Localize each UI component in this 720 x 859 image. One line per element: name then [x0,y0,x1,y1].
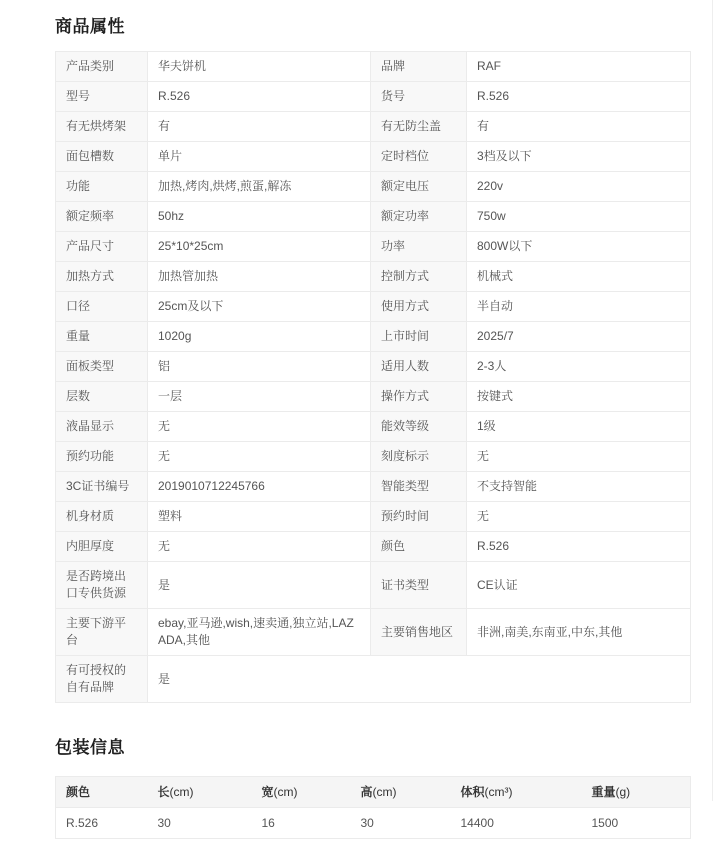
packaging-column-unit: (cm) [170,785,194,799]
attribute-value: 800W以下 [467,232,691,262]
attribute-value: 无 [148,442,371,472]
attribute-label: 功率 [371,232,467,262]
packaging-cell: 16 [252,808,351,839]
packaging-table: 颜色长(cm)宽(cm)高(cm)体积(cm³)重量(g) R.52630163… [55,776,691,839]
packaging-cell: 30 [351,808,451,839]
attribute-value: 加热管加热 [148,262,371,292]
attribute-row: 型号R.526货号R.526 [56,82,691,112]
packaging-column-unit: (cm) [274,785,298,799]
attribute-label: 3C证书编号 [56,472,148,502]
attribute-label: 功能 [56,172,148,202]
attribute-row: 内胆厚度无颜色R.526 [56,532,691,562]
attribute-label: 有无防尘盖 [371,112,467,142]
packaging-column-unit: (cm) [373,785,397,799]
attribute-row: 层数一层操作方式按键式 [56,382,691,412]
attribute-label: 产品尺寸 [56,232,148,262]
attribute-value: 有 [148,112,371,142]
packaging-column-unit: (g) [616,785,631,799]
attribute-value: CE认证 [467,562,691,609]
attribute-label: 内胆厚度 [56,532,148,562]
attribute-label: 控制方式 [371,262,467,292]
attribute-label: 机身材质 [56,502,148,532]
attribute-label: 品牌 [371,52,467,82]
attribute-label: 使用方式 [371,292,467,322]
attribute-row: 口径25cm及以下使用方式半自动 [56,292,691,322]
attribute-value: 25cm及以下 [148,292,371,322]
attribute-label: 主要下游平台 [56,609,148,656]
attribute-label: 智能类型 [371,472,467,502]
attribute-value: RAF [467,52,691,82]
attribute-label: 操作方式 [371,382,467,412]
packaging-cell: 14400 [451,808,582,839]
attribute-value: 2019010712245766 [148,472,371,502]
attribute-value: 1级 [467,412,691,442]
attribute-row: 液晶显示无能效等级1级 [56,412,691,442]
attribute-label: 定时档位 [371,142,467,172]
attribute-label: 液晶显示 [56,412,148,442]
packaging-cell: 30 [148,808,252,839]
attribute-value: 是 [148,562,371,609]
attribute-label: 有可授权的自有品牌 [56,656,148,703]
attribute-label: 额定频率 [56,202,148,232]
attribute-row: 机身材质塑料预约时间无 [56,502,691,532]
packaging-column-name: 长 [158,785,170,799]
packaging-header-row: 颜色长(cm)宽(cm)高(cm)体积(cm³)重量(g) [56,777,691,808]
attribute-value: 2-3人 [467,352,691,382]
attribute-value: 3档及以下 [467,142,691,172]
packaging-column-header: 高(cm) [351,777,451,808]
attribute-label: 上市时间 [371,322,467,352]
attribute-value: 非洲,南美,东南亚,中东,其他 [467,609,691,656]
packaging-cell: 1500 [582,808,691,839]
packaging-column-header: 宽(cm) [252,777,351,808]
attribute-label: 适用人数 [371,352,467,382]
attribute-label: 证书类型 [371,562,467,609]
attribute-value: 1020g [148,322,371,352]
packaging-column-name: 颜色 [66,785,90,799]
attribute-label: 有无烘烤架 [56,112,148,142]
attribute-value: 无 [148,412,371,442]
packaging-column-name: 重量 [592,785,616,799]
attribute-row: 重量1020g上市时间2025/7 [56,322,691,352]
packaging-column-name: 宽 [262,785,274,799]
page-edge-divider [712,0,713,801]
attribute-row: 面板类型铝适用人数2-3人 [56,352,691,382]
attribute-value: R.526 [467,532,691,562]
attribute-value: 半自动 [467,292,691,322]
attribute-value: 是 [148,656,691,703]
attribute-label: 面包槽数 [56,142,148,172]
attribute-row: 3C证书编号2019010712245766智能类型不支持智能 [56,472,691,502]
attribute-label: 预约时间 [371,502,467,532]
attribute-label: 预约功能 [56,442,148,472]
attribute-row: 预约功能无刻度标示无 [56,442,691,472]
packaging-row: R.526301630144001500 [56,808,691,839]
attribute-row: 面包槽数单片定时档位3档及以下 [56,142,691,172]
attribute-value: 220v [467,172,691,202]
packaging-column-unit: (cm³) [485,785,513,799]
attribute-label: 型号 [56,82,148,112]
attribute-value: 有 [467,112,691,142]
attribute-row: 产品尺寸25*10*25cm功率800W以下 [56,232,691,262]
packaging-info-title: 包装信息 [55,733,690,758]
attribute-value: 按键式 [467,382,691,412]
attribute-value: 塑料 [148,502,371,532]
attribute-value: 750w [467,202,691,232]
attribute-label: 能效等级 [371,412,467,442]
attribute-label: 额定功率 [371,202,467,232]
attribute-value: 单片 [148,142,371,172]
attribute-row: 产品类别华夫饼机品牌RAF [56,52,691,82]
packaging-column-name: 体积 [461,785,485,799]
packaging-cell: R.526 [56,808,148,839]
attribute-row: 加热方式加热管加热控制方式机械式 [56,262,691,292]
packaging-column-header: 颜色 [56,777,148,808]
attribute-value: 无 [467,442,691,472]
attribute-row: 有可授权的自有品牌是 [56,656,691,703]
attribute-value: 华夫饼机 [148,52,371,82]
product-attributes-title: 商品属性 [55,12,690,37]
attribute-label: 重量 [56,322,148,352]
attribute-label: 面板类型 [56,352,148,382]
attribute-label: 主要销售地区 [371,609,467,656]
packaging-column-header: 重量(g) [582,777,691,808]
product-detail-page: 商品属性 产品类别华夫饼机品牌RAF型号R.526货号R.526有无烘烤架有有无… [0,0,720,859]
attribute-label: 层数 [56,382,148,412]
attribute-label: 颜色 [371,532,467,562]
attribute-value: 铝 [148,352,371,382]
attribute-value: 无 [148,532,371,562]
attribute-row: 是否跨境出口专供货源是证书类型CE认证 [56,562,691,609]
attribute-row: 有无烘烤架有有无防尘盖有 [56,112,691,142]
attribute-value: 2025/7 [467,322,691,352]
packaging-column-header: 体积(cm³) [451,777,582,808]
attribute-value: 25*10*25cm [148,232,371,262]
attribute-label: 刻度标示 [371,442,467,472]
attribute-value: ebay,亚马逊,wish,速卖通,独立站,LAZADA,其他 [148,609,371,656]
packaging-column-name: 高 [361,785,373,799]
attribute-row: 额定频率50hz额定功率750w [56,202,691,232]
attribute-value: R.526 [148,82,371,112]
attribute-label: 加热方式 [56,262,148,292]
attribute-label: 额定电压 [371,172,467,202]
attribute-value: 加热,烤肉,烘烤,煎蛋,解冻 [148,172,371,202]
attribute-label: 是否跨境出口专供货源 [56,562,148,609]
attribute-value: R.526 [467,82,691,112]
attribute-value: 一层 [148,382,371,412]
attribute-value: 不支持智能 [467,472,691,502]
attribute-row: 主要下游平台ebay,亚马逊,wish,速卖通,独立站,LAZADA,其他主要销… [56,609,691,656]
attribute-value: 50hz [148,202,371,232]
product-attributes-table: 产品类别华夫饼机品牌RAF型号R.526货号R.526有无烘烤架有有无防尘盖有面… [55,51,691,703]
packaging-column-header: 长(cm) [148,777,252,808]
attribute-value: 机械式 [467,262,691,292]
attribute-label: 货号 [371,82,467,112]
attribute-value: 无 [467,502,691,532]
attribute-row: 功能加热,烤肉,烘烤,煎蛋,解冻额定电压220v [56,172,691,202]
attribute-label: 产品类别 [56,52,148,82]
attribute-label: 口径 [56,292,148,322]
